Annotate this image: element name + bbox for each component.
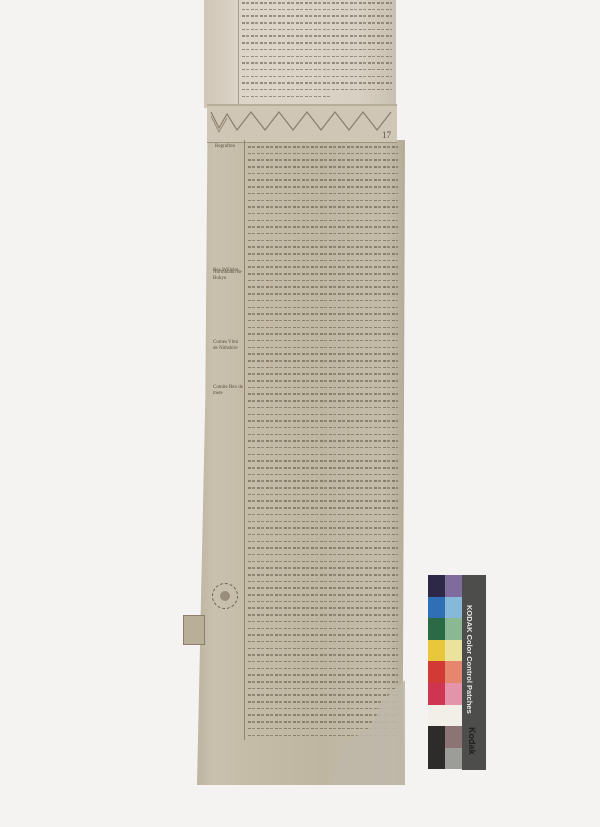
color-patch [445,683,462,705]
margin-note: Regrafton [215,144,235,150]
margin-column: Regrafton Northmann de Bokyn Rex Willelm… [211,140,245,740]
color-patch [445,597,462,619]
archival-scan: 17 Regrafton Northmann de Bokyn Rex Will… [0,0,600,827]
color-patch [428,575,445,597]
kodak-color-chart: KODAK Color Control Patches Kodak [428,575,486,770]
color-patch [445,705,462,727]
color-patch [445,618,462,640]
chart-brand: Kodak [467,727,477,755]
color-patch [445,726,462,748]
top-membrane [204,0,396,108]
zigzag-header-band: 17 [207,104,397,143]
chart-label-strip: KODAK Color Control Patches Kodak [462,575,486,770]
archive-tag [183,615,205,645]
color-patch [428,618,445,640]
color-patch [428,683,445,705]
seal-stamp-icon [212,583,238,609]
ruling-line [238,0,239,104]
color-patch [445,640,462,662]
color-patch [428,597,445,619]
color-patch [428,705,445,727]
margin-note: Comite Rex de mete [213,385,243,397]
color-patch [445,748,462,770]
color-patch [428,640,445,662]
chart-label: KODAK Color Control Patches [465,605,474,714]
color-patch [428,661,445,683]
color-patches [428,575,462,770]
margin-note: Comes Vlmi de Nithshire [213,340,243,352]
color-patch [428,726,445,748]
color-patch [428,748,445,770]
main-membrane-text [248,146,398,736]
zigzag-decoration-icon [207,106,397,142]
color-patch [445,661,462,683]
margin-note: Rex Willelm [213,268,243,274]
color-patch [445,575,462,597]
top-membrane-text [242,2,392,106]
folio-number: 17 [382,130,391,140]
